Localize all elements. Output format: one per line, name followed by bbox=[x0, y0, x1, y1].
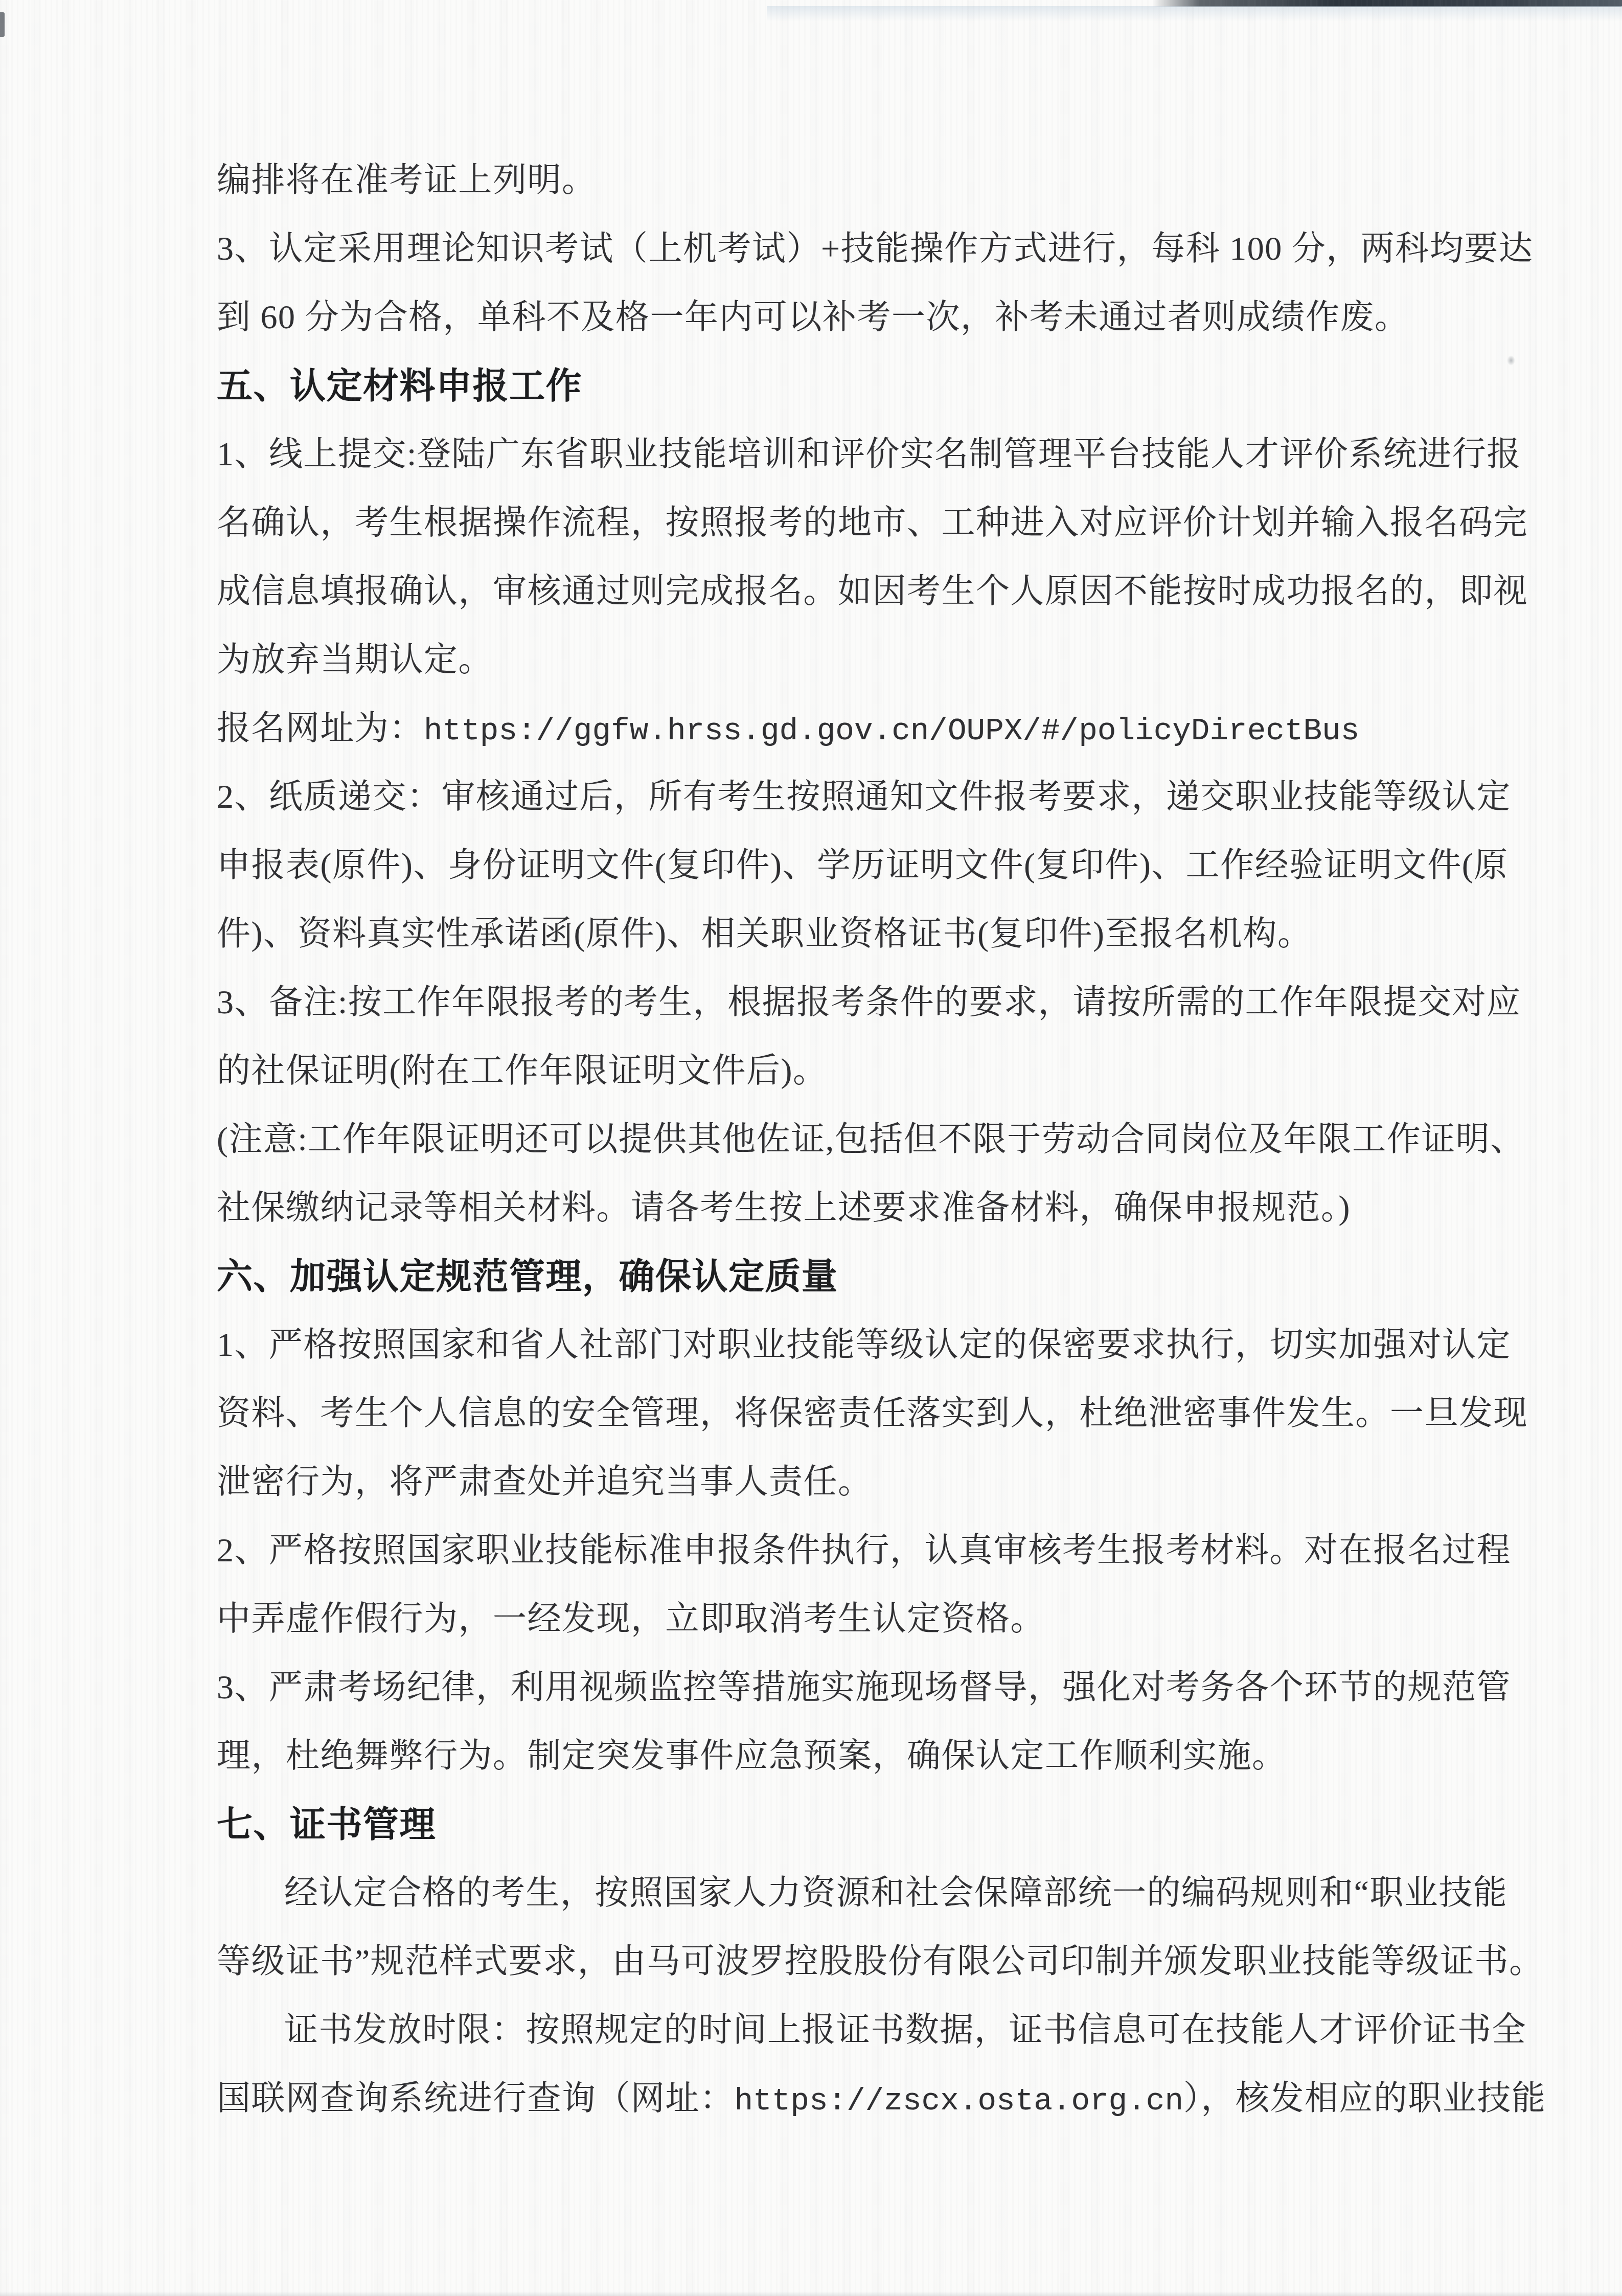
text-line: 社保缴纳记录等相关材料。请各考生按上述要求准备材料，确保申报规范。) bbox=[217, 1174, 1501, 1242]
text-segment: ），核发相应的职业技能 bbox=[1183, 2080, 1546, 2117]
text-line: 1、严格按照国家和省人社部门对职业技能等级认定的保密要求执行，切实加强对认定 bbox=[217, 1311, 1501, 1379]
url-text: https://ggfw.hrss.gd.gov.cn/OUPX/#/polic… bbox=[424, 714, 1359, 749]
text-line: 成信息填报确认，审核通过则完成报名。如因考生个人原因不能按时成功报名的，即视 bbox=[217, 557, 1501, 626]
text-line: 2、严格按照国家职业技能标准申报条件执行，认真审核考生报考材料。对在报名过程 bbox=[217, 1516, 1501, 1585]
scan-artifact-left-edge-mark bbox=[0, 12, 5, 37]
text-segment: 国联网查询系统进行查询（网址： bbox=[217, 2080, 735, 2117]
text-line: 泄密行为，将严肃查处并追究当事人责任。 bbox=[217, 1448, 1501, 1516]
text-line: 件)、资料真实性承诺函(原件)、相关职业资格证书(复印件)至报名机构。 bbox=[217, 900, 1501, 968]
text-line: 经认定合格的考生，按照国家人力资源和社会保障部统一的编码规则和“职业技能 bbox=[217, 1859, 1501, 1927]
text-line: 到 60 分为合格，单科不及格一年内可以补考一次，补考未通过者则成绩作废。 bbox=[217, 283, 1501, 352]
scan-artifact-top-right-strip bbox=[1153, 0, 1622, 7]
scan-artifact-right-margin-dot bbox=[1507, 355, 1515, 366]
text-line: 3、备注:按工作年限报考的考生，根据报考条件的要求，请按所需的工作年限提交对应 bbox=[217, 968, 1501, 1037]
section-heading: 五、认定材料申报工作 bbox=[217, 352, 1501, 420]
text-line: 报名网址为：https://ggfw.hrss.gd.gov.cn/OUPX/#… bbox=[217, 694, 1501, 763]
text-line: 国联网查询系统进行查询（网址：https://zscx.osta.org.cn）… bbox=[217, 2064, 1501, 2133]
text-line: 申报表(原件)、身份证明文件(复印件)、学历证明文件(复印件)、工作经验证明文件… bbox=[217, 831, 1501, 900]
text-line: 中弄虚作假行为，一经发现，立即取消考生认定资格。 bbox=[217, 1585, 1501, 1653]
text-line: 编排将在准考证上列明。 bbox=[217, 146, 1501, 215]
document-text-block: 编排将在准考证上列明。3、认定采用理论知识考试（上机考试）+技能操作方式进行，每… bbox=[217, 146, 1501, 2133]
section-heading: 七、证书管理 bbox=[217, 1790, 1501, 1859]
text-line: 3、严肃考场纪律，利用视频监控等措施实施现场督导，强化对考务各个环节的规范管 bbox=[217, 1653, 1501, 1722]
text-line: 2、纸质递交：审核通过后，所有考生按照通知文件报考要求，递交职业技能等级认定 bbox=[217, 763, 1501, 831]
url-text: https://zscx.osta.org.cn bbox=[735, 2084, 1184, 2119]
text-line: 名确认，考生根据操作流程，按照报考的地市、工种进入对应评价计划并输入报名码完 bbox=[217, 489, 1501, 557]
text-line: (注意:工作年限证明还可以提供其他佐证,包括但不限于劳动合同岗位及年限工作证明、 bbox=[217, 1105, 1501, 1174]
section-heading: 六、加强认定规范管理，确保认定质量 bbox=[217, 1242, 1501, 1311]
scan-artifact-top-blue-band bbox=[767, 6, 1622, 21]
scan-artifact-bottom-edge-band bbox=[0, 2291, 1622, 2296]
text-line: 证书发放时限：按照规定的时间上报证书数据，证书信息可在技能人才评价证书全 bbox=[217, 1996, 1501, 2064]
text-segment: 报名网址为： bbox=[217, 710, 424, 747]
text-line: 等级证书”规范样式要求，由马可波罗控股股份有限公司印制并颁发职业技能等级证书。 bbox=[217, 1927, 1501, 1996]
text-line: 3、认定采用理论知识考试（上机考试）+技能操作方式进行，每科 100 分，两科均… bbox=[217, 215, 1501, 283]
text-line: 的社保证明(附在工作年限证明文件后)。 bbox=[217, 1037, 1501, 1105]
text-line: 理，杜绝舞弊行为。制定突发事件应急预案，确保认定工作顺利实施。 bbox=[217, 1722, 1501, 1790]
scanned-document-page: 编排将在准考证上列明。3、认定采用理论知识考试（上机考试）+技能操作方式进行，每… bbox=[0, 0, 1622, 2296]
text-line: 1、线上提交:登陆广东省职业技能培训和评价实名制管理平台技能人才评价系统进行报 bbox=[217, 420, 1501, 489]
text-line: 为放弃当期认定。 bbox=[217, 626, 1501, 694]
text-line: 资料、考生个人信息的安全管理，将保密责任落实到人，杜绝泄密事件发生。一旦发现 bbox=[217, 1379, 1501, 1448]
